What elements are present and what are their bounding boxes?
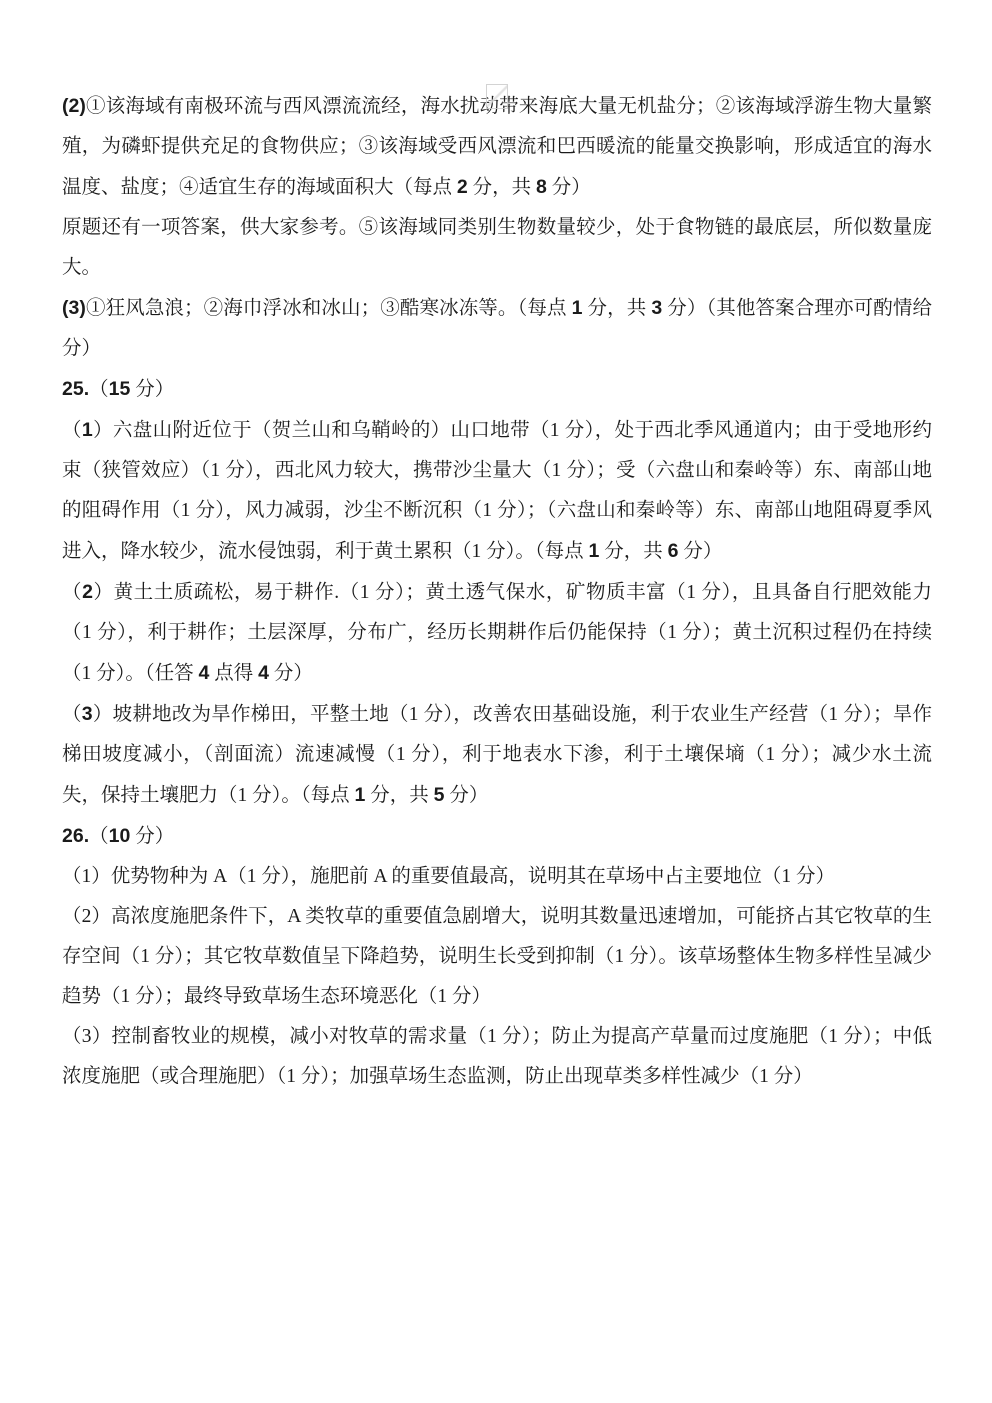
- bold-text-run: 2: [457, 176, 468, 198]
- text-run: （1）优势物种为 A（1 分），施肥前 A 的重要值最高，说明其在草场中占主要地…: [62, 866, 835, 887]
- bold-text-run: 3: [651, 297, 662, 319]
- text-run: 分，共: [468, 177, 536, 198]
- text-run: ）黄土土质疏松，易于耕作.（1 分）；黄土透气保水，矿物质丰富（1 分），且具备…: [62, 582, 932, 684]
- document-page: (2)①该海域有南极环流与西风漂流流经，海水扰动带来海底大量无机盐分；②该海域浮…: [0, 0, 992, 1403]
- text-run: 点得: [209, 663, 258, 684]
- bold-text-run: 5: [434, 784, 445, 806]
- text-run: （: [62, 420, 82, 441]
- bold-text-run: 2: [82, 581, 93, 603]
- bold-text-run: 1: [572, 297, 583, 319]
- text-run: 分）: [679, 541, 723, 562]
- answer-26-2: （2）高浓度施肥条件下，A 类牧草的重要值急剧增大，说明其数量迅速增加，可能挤占…: [62, 897, 932, 1017]
- bold-text-run: (2): [62, 95, 86, 117]
- bold-text-run: 3: [82, 703, 93, 725]
- bold-text-run: 1: [82, 419, 93, 441]
- text-run: 分）: [445, 785, 489, 806]
- answer-26-1: （1）优势物种为 A（1 分），施肥前 A 的重要值最高，说明其在草场中占主要地…: [62, 857, 932, 897]
- answer-26-3: （3）控制畜牧业的规模，减小对牧草的需求量（1 分）；防止为提高产草量而过度施肥…: [62, 1017, 932, 1097]
- bold-text-run: (3): [62, 297, 86, 319]
- answer-25-3: （3）坡耕地改为旱作梯田，平整土地（1 分），改善农田基础设施，利于农业生产经营…: [62, 694, 932, 816]
- text-run: 分）: [130, 826, 174, 847]
- text-run: 分，共: [583, 298, 652, 319]
- answer-24-note: 原题还有一项答案，供大家参考。⑤该海域同类别生物数量较少，处于食物链的最底层，所…: [62, 208, 932, 288]
- bold-text-run: 4: [258, 662, 269, 684]
- text-run: （: [89, 826, 109, 847]
- text-run: （: [89, 379, 109, 400]
- text-run: 分，共: [599, 541, 667, 562]
- bold-text-run: 25.: [62, 378, 89, 400]
- bold-text-run: 10: [109, 825, 131, 847]
- bold-text-run: 1: [589, 540, 600, 562]
- text-run: （: [62, 582, 82, 603]
- text-run: （: [62, 704, 82, 725]
- answer-25-1: （1）六盘山附近位于（贺兰山和乌鞘岭的）山口地带（1 分），处于西北季风通道内；…: [62, 410, 932, 572]
- heading-26: 26.（10 分）: [62, 816, 932, 857]
- text-run: ）六盘山附近位于（贺兰山和乌鞘岭的）山口地带（1 分），处于西北季风通道内；由于…: [62, 420, 932, 562]
- text-run: 原题还有一项答案，供大家参考。⑤该海域同类别生物数量较少，处于食物链的最底层，所…: [62, 217, 932, 278]
- text-run: 分，共: [365, 785, 433, 806]
- bold-text-run: 26.: [62, 825, 89, 847]
- placeholder-box-artifact: [486, 84, 508, 109]
- bold-text-run: 4: [199, 662, 210, 684]
- bold-text-run: 1: [355, 784, 366, 806]
- bold-text-run: 15: [109, 378, 131, 400]
- bold-text-run: 6: [668, 540, 679, 562]
- text-run: 分）: [269, 663, 313, 684]
- text-run: 分）: [547, 177, 591, 198]
- text-run: ）坡耕地改为旱作梯田，平整土地（1 分），改善农田基础设施，利于农业生产经营（1…: [62, 704, 932, 806]
- answer-25-2: （2）黄土土质疏松，易于耕作.（1 分）；黄土透气保水，矿物质丰富（1 分），且…: [62, 572, 932, 694]
- answer-24-3: (3)①狂风急浪；②海巾浮冰和冰山；③酷寒冰冻等。（每点 1 分，共 3 分）（…: [62, 288, 932, 369]
- text-run: ①狂风急浪；②海巾浮冰和冰山；③酷寒冰冻等。（每点: [86, 298, 572, 319]
- bold-text-run: 8: [536, 176, 547, 198]
- heading-25: 25.（15 分）: [62, 369, 932, 410]
- document-body: (2)①该海域有南极环流与西风漂流流经，海水扰动带来海底大量无机盐分；②该海域浮…: [62, 86, 932, 1097]
- text-run: （3）控制畜牧业的规模，减小对牧草的需求量（1 分）；防止为提高产草量而过度施肥…: [62, 1026, 932, 1087]
- text-run: （2）高浓度施肥条件下，A 类牧草的重要值急剧增大，说明其数量迅速增加，可能挤占…: [62, 906, 932, 1007]
- text-run: 分）: [130, 379, 174, 400]
